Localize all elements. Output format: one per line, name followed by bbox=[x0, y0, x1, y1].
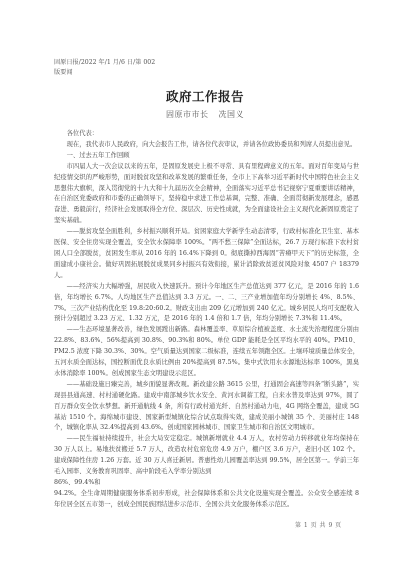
source-line-1: 固原日报/2022 年/1 月/6 日/第 002 bbox=[54, 58, 155, 68]
paragraph: 一、过去五年工作回顾 bbox=[54, 151, 359, 162]
paragraph: 现在，我代表市人民政府，向大会报告工作，请各位代表审议，并请各位政协委员和列席人… bbox=[54, 140, 359, 151]
paragraph: ——生态环境显著改善，绿色发展蹚出新路。森林覆盖率、草原综合植被盖度、水土流失治… bbox=[54, 325, 359, 380]
paragraph: ——民生福祉持续提升，社会大局安定稳定。城镇新增就业 4.4 万人，农村劳动力转… bbox=[54, 434, 359, 478]
byline-name: 冼国义 bbox=[219, 110, 245, 119]
paragraph: ——脱贫攻坚全面胜利，乡村振兴顺利开局。贫困家庭大学新学生动态清零，行政村标准化… bbox=[54, 227, 359, 282]
byline-role: 固原市市长 bbox=[166, 110, 209, 119]
paragraph: 市四届人大一次会议以来的五年，是固原发展史上极不寻常、具有里程碑意义的五年。面对… bbox=[54, 162, 359, 227]
byline: 固原市市长冼国义 bbox=[0, 109, 410, 120]
source-header: 固原日报/2022 年/1 月/6 日/第 002 版要闻 bbox=[54, 58, 155, 78]
page-indicator: 第 1 页 共 9 页 bbox=[295, 520, 342, 529]
source-line-2: 版要闻 bbox=[54, 68, 155, 78]
paragraph: ——经济实力大幅增强，居民收入快速跃升。预计今年地区生产总值达到 377 亿元，… bbox=[54, 282, 359, 326]
document-body: 各位代表：现在，我代表市人民政府，向大会报告工作，请各位代表审议，并请各位政协委… bbox=[54, 129, 359, 511]
paragraph: 94.2%。全生命周期健康服务体系初步形成，社会保障体系和公共文化设施实现全覆盖… bbox=[54, 489, 359, 511]
paragraph: 86%、99.4%和 bbox=[54, 478, 359, 489]
paragraph: ——基础设施日臻完善，城乡面貌显著改观。新改建公路 3615 公里，打通固会高速… bbox=[54, 380, 359, 435]
document-title: 政府工作报告 bbox=[0, 87, 410, 105]
paragraph: 各位代表： bbox=[54, 129, 359, 140]
document-page: 固原日报/2022 年/1 月/6 日/第 002 版要闻 政府工作报告 固原市… bbox=[0, 0, 410, 580]
